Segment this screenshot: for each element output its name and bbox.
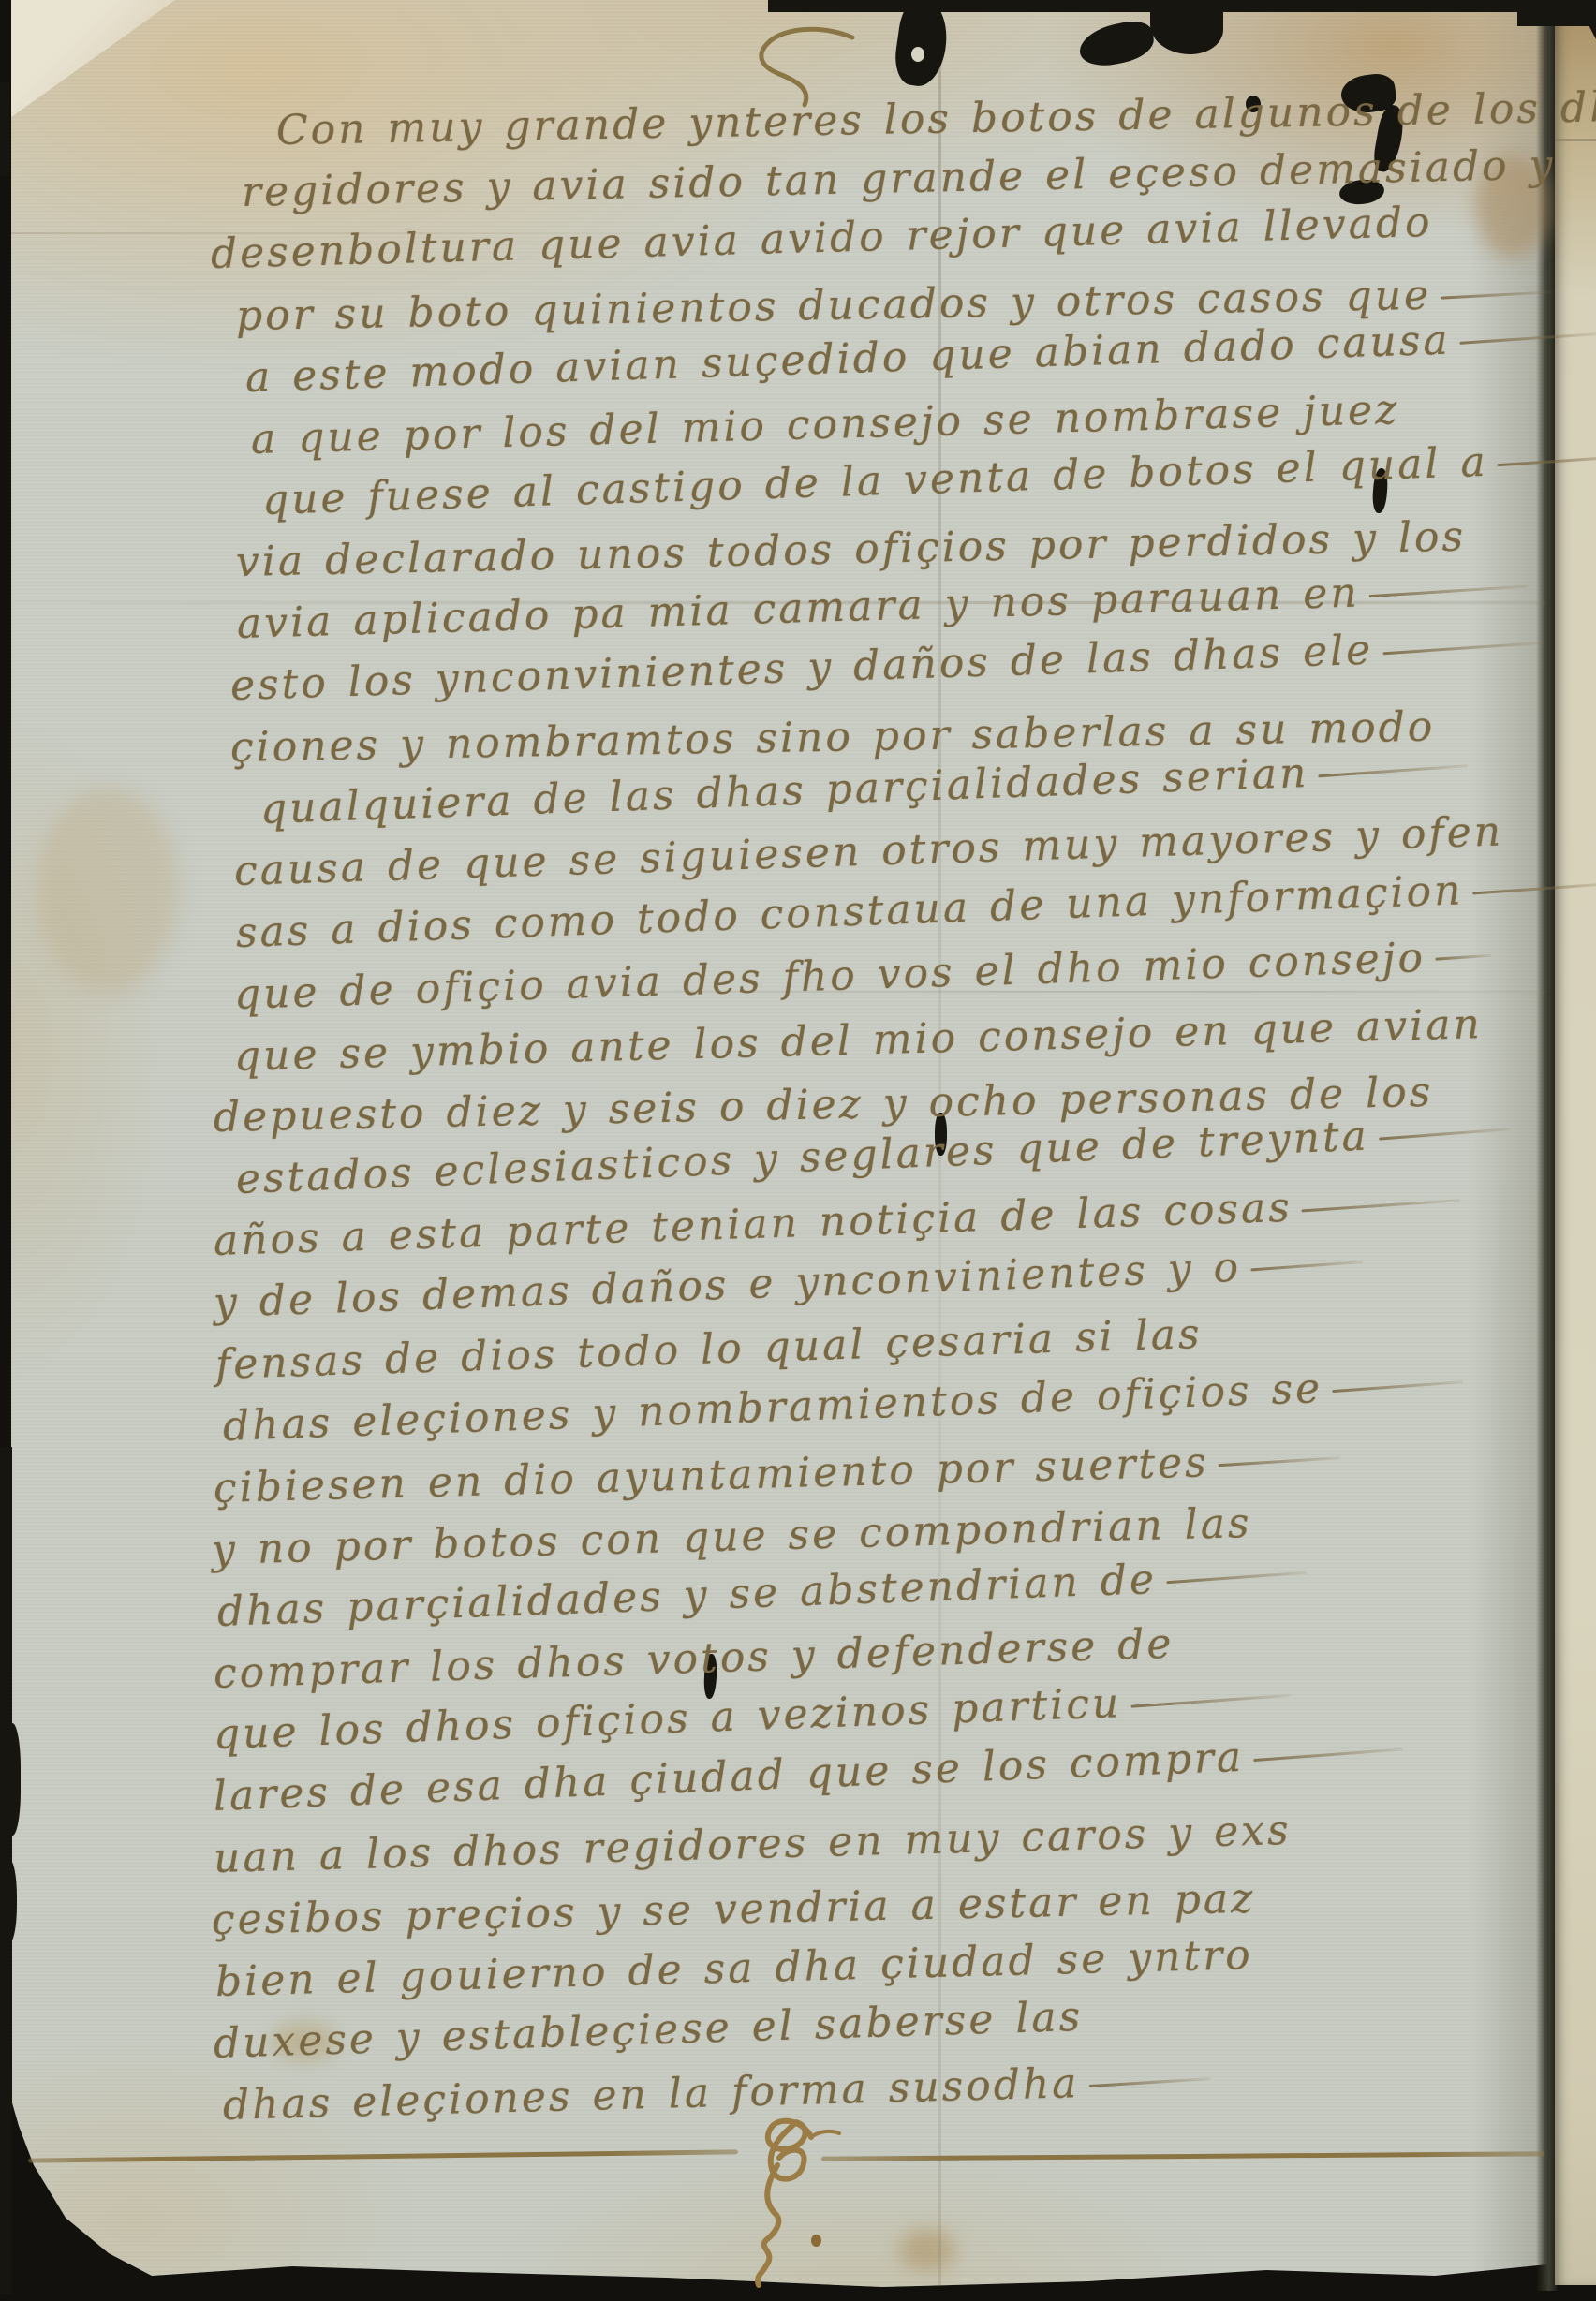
pen-stroke-tail (1369, 585, 1529, 598)
pen-stroke-tail (1088, 2077, 1210, 2087)
pen-stroke-tail (1302, 1199, 1461, 1212)
pen-stroke-tail (1460, 332, 1596, 345)
manuscript-line: que se ymbio ante los del mio consejo en… (233, 1004, 1483, 1078)
manuscript-line: çibiesen en dio ayuntamiento por suertes (213, 1438, 1340, 1509)
pen-stroke-tail (1379, 1128, 1510, 1141)
pen-stroke-tail (1130, 1694, 1290, 1708)
manuscript-line: dhas eleçiones en la forma susodha (222, 2059, 1211, 2127)
pen-stroke-tail (1166, 1571, 1307, 1583)
pen-stroke-tail (1435, 953, 1491, 960)
manuscript-line: uan a los dhos regidores en muy caros y … (213, 1810, 1292, 1880)
manuscript-line: Con muy grande ynteres los botos de algu… (276, 86, 1596, 152)
manuscript-line: duxese y estableçiese el saberse las (213, 1997, 1084, 2065)
pen-stroke-tail (1472, 882, 1596, 894)
manuscript-line: bien el gouierno de sa dha çiudad se ynt… (214, 1935, 1253, 2003)
notary-rubric (721, 2109, 852, 2296)
pen-stroke-tail (1441, 290, 1553, 299)
manuscript-line: çesibos preçios y se vendria a estar en … (212, 1879, 1256, 1941)
pen-stroke-tail (1332, 1380, 1463, 1393)
pen-stroke-tail (1318, 764, 1468, 777)
pen-stroke-tail (1498, 455, 1596, 467)
ink-speck (811, 2235, 821, 2247)
pen-stroke-tail (1382, 642, 1542, 655)
pen-stroke-tail (1219, 1456, 1340, 1467)
pen-stroke-tail (1250, 1261, 1363, 1271)
pen-stroke-tail (1253, 1748, 1403, 1763)
scanned-manuscript: Con muy grande ynteres los botos de algu… (0, 0, 1596, 2301)
handwritten-text: Con muy grande ynteres los botos de algu… (0, 0, 1596, 2301)
